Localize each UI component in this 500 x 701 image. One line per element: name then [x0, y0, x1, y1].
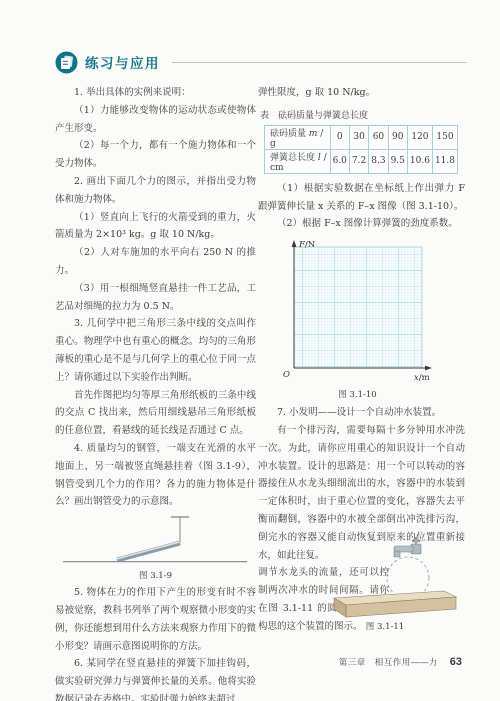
page-number: 63 — [450, 656, 462, 668]
table-row: 砝码质量 m / g 0 30 60 90 120 150 — [265, 125, 458, 149]
question-4: 4. 质量均匀的钢管，一端支在光滑的水平地面上，另一端被竖直绳悬挂着（图 3.1… — [55, 440, 256, 511]
y-axis-arrow — [292, 240, 297, 247]
question-3-procedure: 首先作图把均匀等厚三角形纸板的三条中线的交点 C 找出来，然后用细线悬吊三角形纸… — [55, 387, 256, 440]
question-1-item-2: （2）每一个力，都有一个施力物体和一个受力物体。 — [55, 137, 256, 173]
graph-paper-fx-plot: F/N O x/m — [270, 238, 445, 383]
table-cell: 11.8 — [432, 149, 457, 173]
x-axis-arrow — [425, 366, 432, 371]
row-label-length: 弹簧总长度 l / cm — [265, 149, 331, 173]
question-7: 7. 小发明——设计一个自动冲水装置。 — [258, 404, 465, 422]
pipe-on-ground-illustration — [55, 514, 255, 564]
question-2-item-1: （1）竖直向上飞行的火箭受到的重力，火箭质量为 2×10³ kg。g 取 10 … — [55, 209, 256, 245]
figure-caption: 图 3.1-9 — [55, 569, 256, 581]
table-cell: 150 — [432, 125, 457, 149]
figure-caption: 图 3.1-11 — [340, 620, 430, 632]
table-cell: 120 — [407, 125, 432, 149]
section-header: 练习与应用 — [55, 50, 467, 74]
x-axis-label: x/m — [414, 373, 430, 383]
question-1-item-1: （1）力能够改变物体的运动状态或使物体产生形变。 — [55, 102, 256, 138]
question-5: 5. 物体在力的作用下产生的形变有时不容易被觉察，教科书列举了两个观察微小形变的… — [55, 584, 256, 655]
figure-3-1-11: 图 3.1-11 — [332, 536, 469, 632]
question-2-item-2: （2）人对车施加的水平向右 250 N 的推力。 — [55, 244, 256, 280]
table-cell: 7.2 — [349, 149, 368, 173]
table-cell: 6.0 — [330, 149, 349, 173]
figure-3-1-9: 图 3.1-9 — [55, 514, 256, 581]
flush-device-illustration — [332, 536, 469, 632]
y-axis-label: F/N — [298, 240, 316, 250]
question-6: 6. 某同学在竖直悬挂的弹簧下加挂钩码，做实验研究弹力与弹簧伸长量的关系。他将实… — [55, 655, 256, 701]
question-6-continued: 弹性限度，g 取 10 N/kg。 — [258, 84, 465, 102]
table-cell: 0 — [330, 125, 349, 149]
row-label-mass: 砝码质量 m / g — [265, 125, 331, 149]
question-3: 3. 几何学中把三角形三条中线的交点叫作重心。物理学中也有重心的概念。均匀的三角… — [55, 315, 256, 386]
table-cell: 90 — [388, 125, 407, 149]
chapter-title: 第三章 相互作用——力 — [339, 656, 438, 668]
header-rule — [172, 62, 467, 63]
table-title: 表 砝码质量与弹簧总长度 — [260, 108, 465, 121]
table-cell: 30 — [349, 125, 368, 149]
exercise-book-icon — [55, 51, 78, 74]
question-2: 2. 画出下面几个力的图示，并指出受力物体和施力物体。 — [55, 173, 256, 209]
question-6-item-1: （1）根据实验数据在坐标纸上作出弹力 F 跟弹簧伸长量 x 关系的 F–x 图像… — [258, 180, 465, 216]
spring-data-table: 砝码质量 m / g 0 30 60 90 120 150 弹簧总长度 l / … — [264, 125, 458, 174]
wooden-beam — [334, 591, 456, 617]
left-column: 1. 举出具体的实例来说明： （1）力能够改变物体的运动状态或使物体产生形变。 … — [55, 84, 256, 701]
page-footer: 第三章 相互作用——力 63 — [339, 656, 462, 668]
figure-3-1-10: F/N O x/m 图 3.1-10 — [270, 238, 445, 400]
table-cell: 60 — [369, 125, 388, 149]
table-cell: 10.6 — [407, 149, 432, 173]
table-row: 弹簧总长度 l / cm 6.0 7.2 8.3 9.5 10.6 11.8 — [265, 149, 458, 173]
faucet-icon — [394, 537, 421, 557]
figure-caption: 图 3.1-10 — [270, 388, 445, 400]
question-1: 1. 举出具体的实例来说明： — [55, 84, 256, 102]
question-6-item-2: （2）根据 F–x 图像计算弹簧的劲度系数。 — [258, 215, 465, 233]
section-title: 练习与应用 — [85, 52, 160, 72]
origin-label: O — [283, 370, 290, 380]
table-cell: 8.3 — [369, 149, 388, 173]
question-2-item-3: （3）用一根细绳竖直悬挂一件工艺品，工艺品对细绳的拉力为 0.5 N。 — [55, 280, 256, 316]
table-cell: 9.5 — [388, 149, 407, 173]
right-column: 弹性限度，g 取 10 N/kg。 表 砝码质量与弹簧总长度 砝码质量 m / … — [258, 84, 465, 636]
